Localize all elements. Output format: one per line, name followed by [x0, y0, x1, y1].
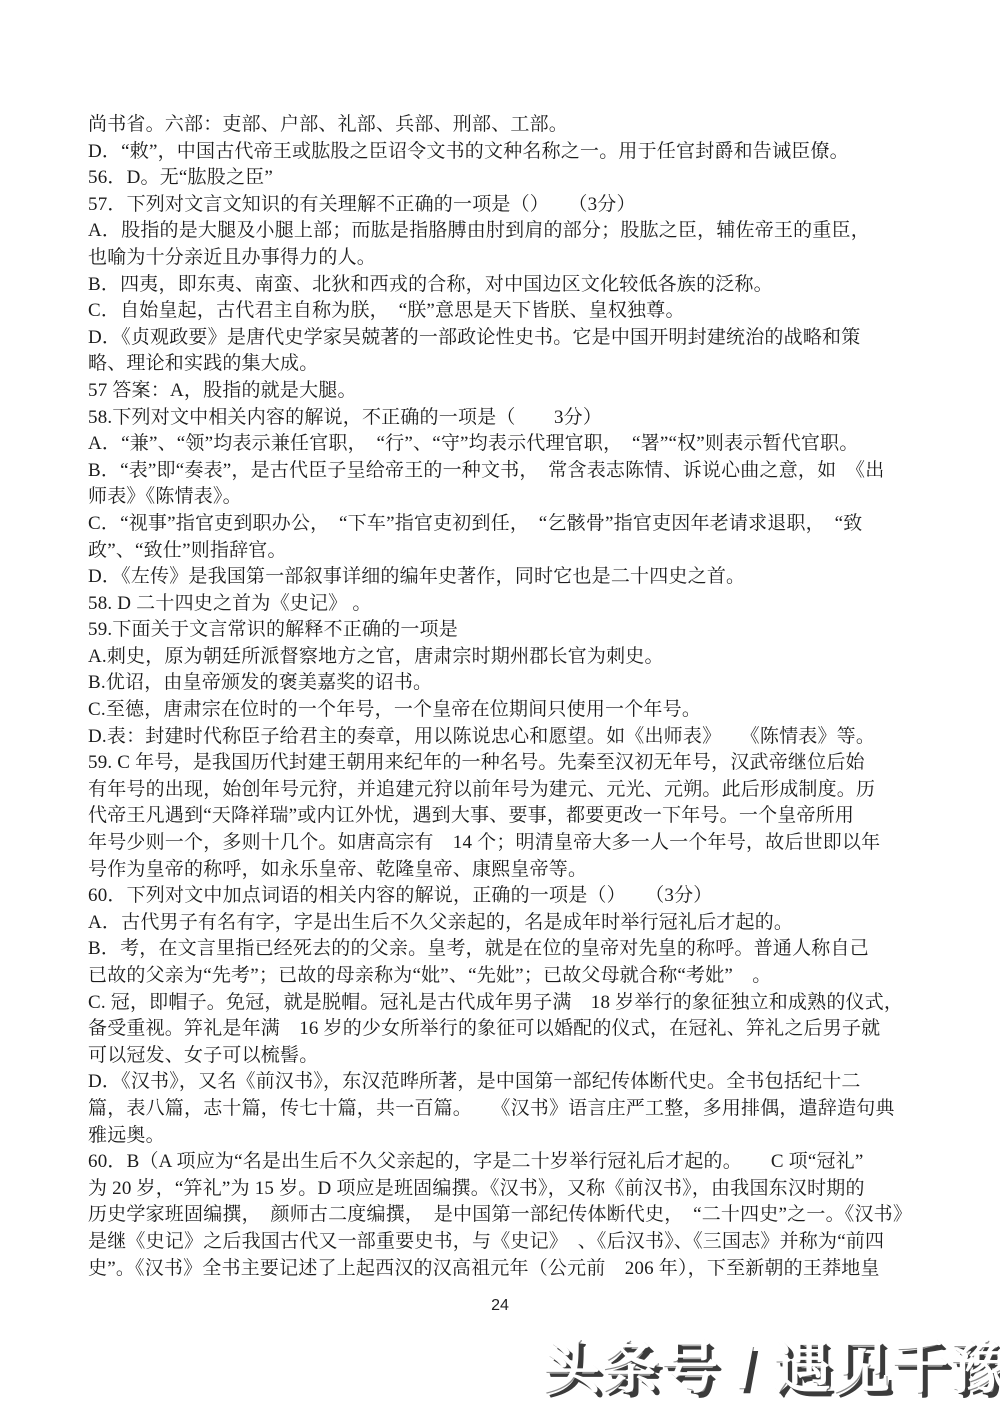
- text-line: B．“表”即“奏表”，是古代臣子呈给帝王的一种文书， 常含表志陈情、诉说心曲之意…: [88, 458, 914, 485]
- text-line: C．自始皇起，古代君主自称为朕， “朕”意思是天下皆朕、皇权独尊。: [88, 298, 914, 325]
- text-line: 58.下列对文中相关内容的解说，不正确的一项是（ 3分）: [88, 405, 914, 432]
- text-line: A.刺史，原为朝廷所派督察地方之官，唐肃宗时期州郡长官为刺史。: [88, 644, 914, 671]
- text-line: C．“视事”指官吏到职办公， “下车”指官吏初到任， “乞骸骨”指官吏因年老请求…: [88, 511, 914, 538]
- text-line: C. 冠，即帽子。免冠，就是脱帽。冠礼是古代成年男子满 18 岁举行的象征独立和…: [88, 990, 914, 1017]
- text-line: 是继《史记》之后我国古代又一部重要史书，与《史记》 、《后汉书》、《三国志》并称…: [88, 1229, 914, 1256]
- text-line: 59.下面关于文言常识的解释不正确的一项是: [88, 617, 914, 644]
- text-line: D．“敕”，中国古代帝王或肱股之臣诏令文书的文种名称之一。用于任官封爵和告诫臣僚…: [88, 139, 914, 166]
- document-page: 尚书省。六部：吏部、户部、礼部、兵部、刑部、工部。 D．“敕”，中国古代帝王或肱…: [88, 112, 914, 1282]
- watermark: 头条号 / 遇见千豫: [543, 1330, 1000, 1406]
- text-line: D．《左传》是我国第一部叙事详细的编年史著作，同时它也是二十四史之首。: [88, 564, 914, 591]
- text-line: 历史学家班固编撰， 颜师古二度编撰， 是中国第一部纪传体断代史， “二十四史”之…: [88, 1202, 914, 1229]
- text-line: 60．B（A 项应为“名是出生后不久父亲起的，字是二十岁举行冠礼后才起的。 C …: [88, 1149, 914, 1176]
- text-line: 代帝王凡遇到“天降祥瑞”或内讧外忧，遇到大事、要事，都要更改一下年号。一个皇帝所…: [88, 803, 914, 830]
- text-line: 56．D。无“肱股之臣”: [88, 165, 914, 192]
- text-line: D．《贞观政要》是唐代史学家吴兢著的一部政论性史书。它是中国开明封建统治的战略和…: [88, 325, 914, 352]
- text-line: A．“兼”、“领”均表示兼任官职， “行”、“守”均表示代理官职， “署”“权”…: [88, 431, 914, 458]
- text-line: 为 20 岁，“笄礼”为 15 岁。D 项应是班固编撰。《汉书》，又称《前汉书》…: [88, 1176, 914, 1203]
- text-line: 尚书省。六部：吏部、户部、礼部、兵部、刑部、工部。: [88, 112, 914, 139]
- text-line: 59. C 年号，是我国历代封建王朝用来纪年的一种名号。先秦至汉初无年号，汉武帝…: [88, 750, 914, 777]
- text-line: 也喻为十分亲近且办事得力的人。: [88, 245, 914, 272]
- text-line: B．四夷，即东夷、南蛮、北狄和西戎的合称，对中国边区文化较低各族的泛称。: [88, 272, 914, 299]
- text-line: D．《汉书》，又名《前汉书》，东汉范晔所著，是中国第一部纪传体断代史。全书包括纪…: [88, 1069, 914, 1096]
- text-line: 可以冠发、女子可以梳髻。: [88, 1043, 914, 1070]
- text-line: A．股指的是大腿及小腿上部；而肱是指胳膊由肘到肩的部分；股肱之臣，辅佐帝王的重臣…: [88, 218, 914, 245]
- text-line: 号作为皇帝的称呼，如永乐皇帝、乾隆皇帝、康熙皇帝等。: [88, 857, 914, 884]
- text-line: 年号少则一个，多则十几个。如唐高宗有 14 个；明清皇帝大多一人一个年号，故后世…: [88, 830, 914, 857]
- text-line: 师表》《陈情表》。: [88, 484, 914, 511]
- text-line: C.至德，唐肃宗在位时的一个年号，一个皇帝在位期间只使用一个年号。: [88, 697, 914, 724]
- text-line: 雅远奥。: [88, 1123, 914, 1150]
- text-line: A．古代男子有名有字，字是出生后不久父亲起的，名是成年时举行冠礼后才起的。: [88, 910, 914, 937]
- text-line: 备受重视。笄礼是年满 16 岁的少女所举行的象征可以婚配的仪式，在冠礼、笄礼之后…: [88, 1016, 914, 1043]
- text-line: 政”、“致仕”则指辞官。: [88, 538, 914, 565]
- text-line: B.优诏，由皇帝颁发的褒美嘉奖的诏书。: [88, 670, 914, 697]
- text-line: 57 答案：A，股指的就是大腿。: [88, 378, 914, 405]
- text-line: 已故的父亲为“先考”；已故的母亲称为“妣”、“先妣”；已故父母就合称“考妣” 。: [88, 963, 914, 990]
- text-line: B．考，在文言里指已经死去的的父亲。皇考，就是在位的皇帝对先皇的称呼。普通人称自…: [88, 936, 914, 963]
- text-line: 史”。《汉书》全书主要记述了上起西汉的汉高祖元年（公元前 206 年），下至新朝…: [88, 1256, 914, 1283]
- page-number: 24: [0, 1297, 1000, 1315]
- text-line: 有年号的出现，始创年号元狩，并追建元狩以前年号为建元、元光、元朔。此后形成制度。…: [88, 777, 914, 804]
- text-line: 58. D 二十四史之首为《史记》 。: [88, 591, 914, 618]
- text-line: 篇，表八篇，志十篇，传七十篇，共一百篇。 《汉书》语言庄严工整，多用排偶，遣辞造…: [88, 1096, 914, 1123]
- text-line: D.表：封建时代称臣子给君主的奏章，用以陈说忠心和愿望。如《出师表》 《陈情表》…: [88, 724, 914, 751]
- text-line: 57．下列对文言文知识的有关理解不正确的一项是（） （3分）: [88, 192, 914, 219]
- text-line: 略、理论和实践的集大成。: [88, 351, 914, 378]
- text-line: 60．下列对文中加点词语的相关内容的解说，正确的一项是（） （3分）: [88, 883, 914, 910]
